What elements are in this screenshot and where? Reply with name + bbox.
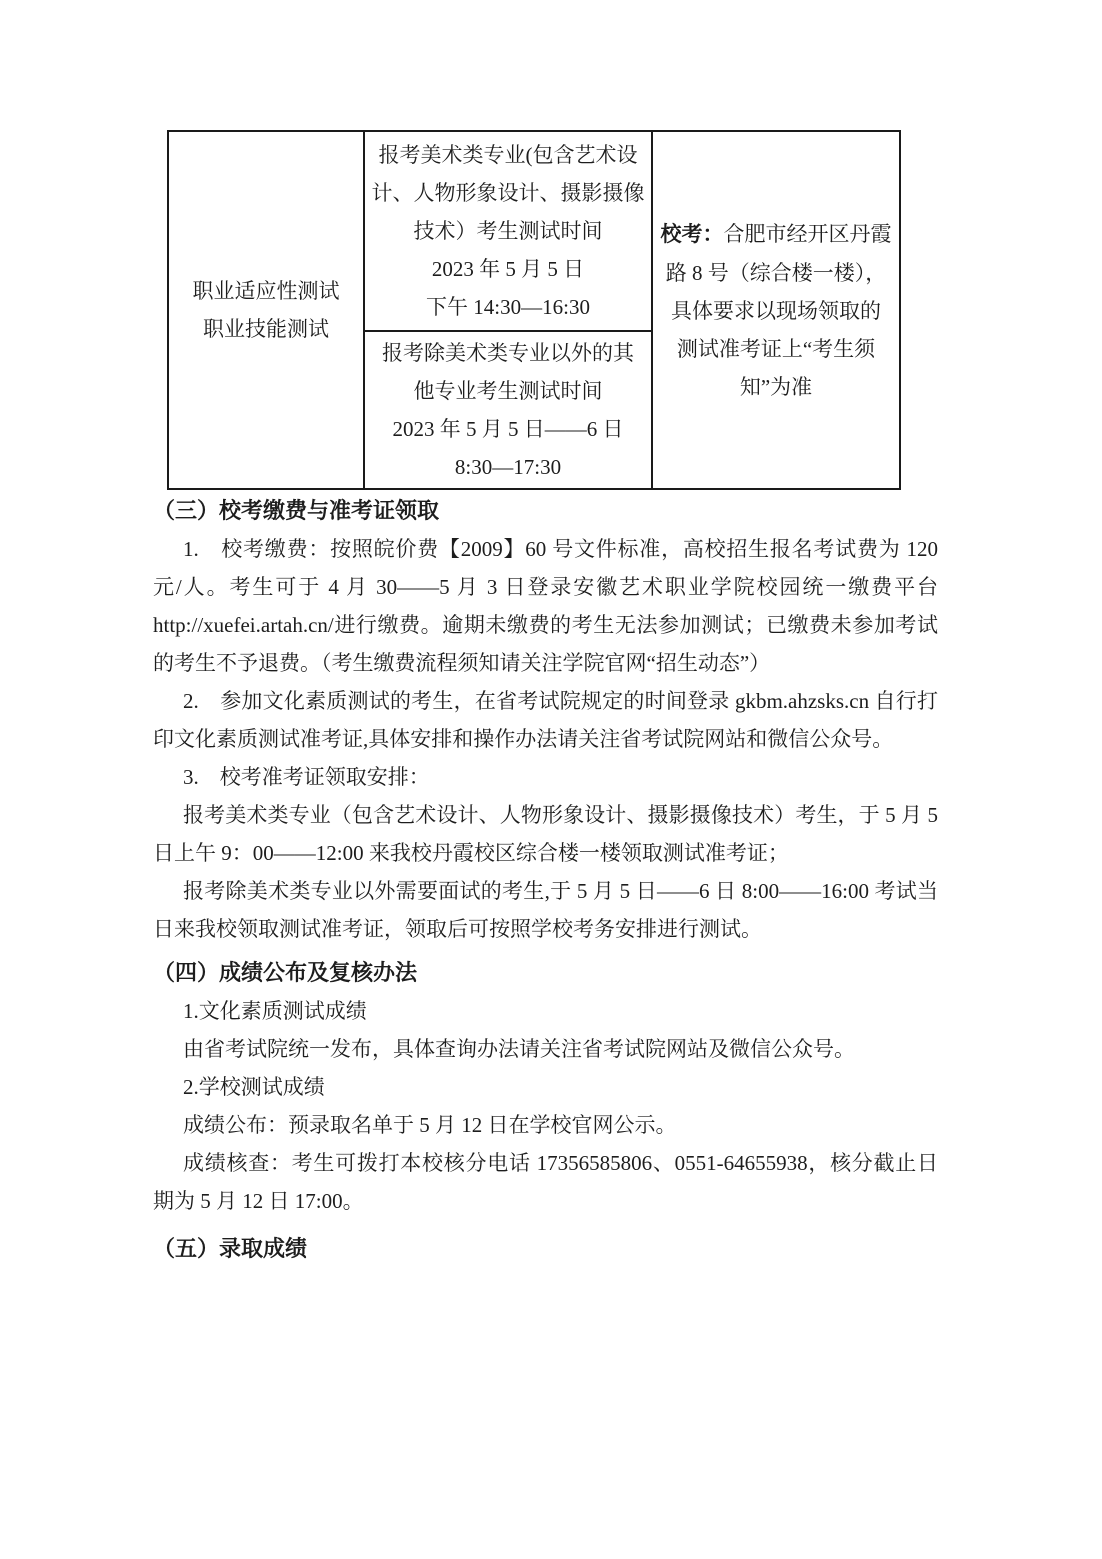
results-paragraph-culture-score-title: 1.文化素质测试成绩 bbox=[153, 992, 938, 1030]
art-majors-time-cell: 报考美术类专业(包含艺术设 计、人物形象设计、摄影摄像 技术）考生测试时间 20… bbox=[364, 131, 652, 331]
exam-schedule-table: 职业适应性测试 职业技能测试 报考美术类专业(包含艺术设 计、人物形象设计、摄影… bbox=[167, 130, 901, 490]
exam-location-label: 校考： bbox=[661, 223, 724, 246]
results-paragraph-recheck: 成绩核查：考生可拨打本校核分电话 17356585806、0551-646559… bbox=[153, 1144, 938, 1220]
fee-paragraph-other-pickup: 报考除美术类专业以外需要面试的考生,于 5 月 5 日——6 日 8:00——1… bbox=[153, 872, 938, 948]
section-heading-fee: （三）校考缴费与准考证领取 bbox=[153, 492, 938, 530]
exam-location-cell: 校考：合肥市经开区丹霞 路 8 号（综合楼一楼）， 具体要求以现场领取的 测试准… bbox=[652, 131, 900, 489]
section-heading-admission: （五）录取成绩 bbox=[153, 1230, 938, 1268]
results-paragraph-publish: 成绩公布：预录取名单于 5 月 12 日在学校官网公示。 bbox=[153, 1106, 938, 1144]
section-heading-results: （四）成绩公布及复核办法 bbox=[153, 954, 938, 992]
document-body: （三）校考缴费与准考证领取 1. 校考缴费：按照皖价费【2009】60 号文件标… bbox=[153, 492, 938, 1268]
other-majors-time-cell: 报考除美术类专业以外的其 他专业考生测试时间 2023 年 5 月 5 日——6… bbox=[364, 331, 652, 489]
results-paragraph-school-score-title: 2.学校测试成绩 bbox=[153, 1068, 938, 1106]
fee-paragraph-art-pickup: 报考美术类专业（包含艺术设计、人物形象设计、摄影摄像技术）考生，于 5 月 5 … bbox=[153, 796, 938, 872]
fee-paragraph-culture-test-ticket: 2. 参加文化素质测试的考生，在省考试院规定的时间登录 gkbm.ahzsks.… bbox=[153, 682, 938, 758]
document-page: 职业适应性测试 职业技能测试 报考美术类专业(包含艺术设 计、人物形象设计、摄影… bbox=[0, 0, 1102, 1559]
fee-paragraph-payment: 1. 校考缴费：按照皖价费【2009】60 号文件标准，高校招生报名考试费为 1… bbox=[153, 530, 938, 682]
results-paragraph-culture-score-detail: 由省考试院统一发布，具体查询办法请关注省考试院网站及微信公众号。 bbox=[153, 1030, 938, 1068]
fee-paragraph-ticket-pickup-title: 3. 校考准考证领取安排： bbox=[153, 758, 938, 796]
test-type-cell: 职业适应性测试 职业技能测试 bbox=[168, 131, 364, 489]
exam-location-text: 合肥市经开区丹霞 路 8 号（综合楼一楼）， 具体要求以现场领取的 测试准考证上… bbox=[666, 222, 892, 399]
